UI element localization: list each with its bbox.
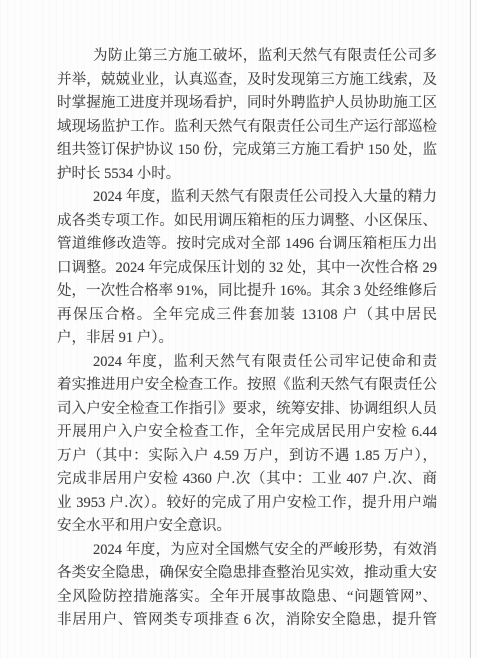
text-line: 万户（其中：实际入户 4.59 万户，到访不遇 1.85 万户），: [57, 445, 437, 469]
text-line: 业 3953 户.次）。较好的完成了用户安检工作，提升用户端: [57, 492, 437, 516]
text-line: 安全水平和用户安全意识。: [57, 515, 437, 539]
page-scan-edge-line: [470, 0, 471, 658]
text-line: 2024 年度，监利天然气有限责任公司牢记使命和责任，: [57, 351, 437, 375]
text-line: 再保压合格。全年完成三件套加装 13108 户（其中居民 13017: [57, 304, 437, 328]
text-line: 着实推进用户安全检查工作。按照《监利天然气有限责任公: [57, 374, 437, 398]
text-line: 处，一次性合格率 91%，同比提升 16%。其余 3 处经维修后: [57, 280, 437, 304]
text-line: 护时长 5534 小时。: [57, 163, 437, 187]
text-line: 域现场监护工作。监利天然气有限责任公司生产运行部巡检: [57, 116, 437, 140]
text-line: 并举，兢兢业业，认真巡查，及时发现第三方施工线索，及: [57, 69, 437, 93]
text-line: 非居用户、管网类专项排查 6 次，消除安全隐患，提升管网、: [57, 609, 437, 633]
text-line: 全风险防控措施落实。全年开展事故隐患、“问题管网”、: [57, 586, 437, 610]
text-line: 完成非居用户安检 4360 户.次（其中：工业 407 户.次、商: [57, 468, 437, 492]
scanned-document-page: 为防止第三方施工破坏，监利天然气有限责任公司多措并举，兢兢业业，认真巡查，及时发…: [0, 0, 477, 658]
text-line: 2024 年度，为应对全国燃气安全的严峻形势，有效消除: [57, 539, 437, 563]
document-text-block: 为防止第三方施工破坏，监利天然气有限责任公司多措并举，兢兢业业，认真巡查，及时发…: [57, 45, 437, 633]
text-line: 各类安全隐患，确保安全隐患排查整治见实效，推动重大安: [57, 562, 437, 586]
text-line: 户，非居 91 户）。: [57, 327, 437, 351]
text-line: 成各类专项工作。如民用调压箱柜的压力调整、小区保压、: [57, 210, 437, 234]
text-line: 2024 年度，监利天然气有限责任公司投入大量的精力完: [57, 186, 437, 210]
text-line: 司入户安全检查工作指引》要求，统筹安排、协调组织人员: [57, 398, 437, 422]
text-line: 时掌握施工进度并现场看护，同时外聘监护人员协助施工区: [57, 92, 437, 116]
text-line: 组共签订保护协议 150 份，完成第三方施工看护 150 处，监: [57, 139, 437, 163]
text-line: 口调整。2024 年完成保压计划的 32 处，其中一次性合格 29: [57, 257, 437, 281]
text-line: 开展用户入户安全检查工作，全年完成居民用户安检 6.44: [57, 421, 437, 445]
text-line: 为防止第三方施工破坏，监利天然气有限责任公司多措: [57, 45, 437, 69]
text-line: 管道维修改造等。按时完成对全部 1496 台调压箱柜压力出: [57, 233, 437, 257]
